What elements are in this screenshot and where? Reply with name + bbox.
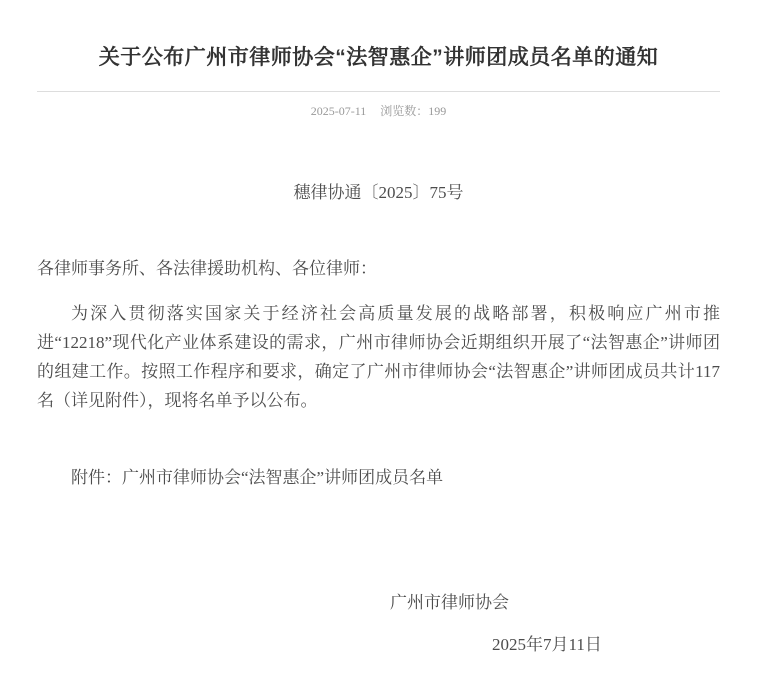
publish-date: 2025-07-11	[311, 104, 367, 118]
page-title: 关于公布广州市律师协会“法智惠企”讲师团成员名单的通知	[37, 42, 720, 74]
attachment-line: 附件：广州市律师协会“法智惠企”讲师团成员名单	[37, 463, 720, 492]
views-count: 199	[428, 104, 446, 118]
sign-date: 2025年7月11日	[492, 630, 720, 659]
meta-line: 2025-07-11浏览数：199	[37, 101, 720, 121]
body-paragraph: 为深入贯彻落实国家关于经济社会高质量发展的战略部署，积极响应广州市推进“1221…	[37, 299, 720, 415]
signature: 广州市律师协会	[390, 588, 720, 617]
views-label: 浏览数：	[380, 104, 428, 118]
notice-document: 关于公布广州市律师协会“法智惠企”讲师团成员名单的通知 2025-07-11浏览…	[37, 42, 720, 659]
title-divider	[37, 91, 720, 92]
document-number: 穗律协通〔2025〕75号	[37, 178, 720, 207]
salutation: 各律师事务所、各法律援助机构、各位律师：	[37, 254, 720, 283]
